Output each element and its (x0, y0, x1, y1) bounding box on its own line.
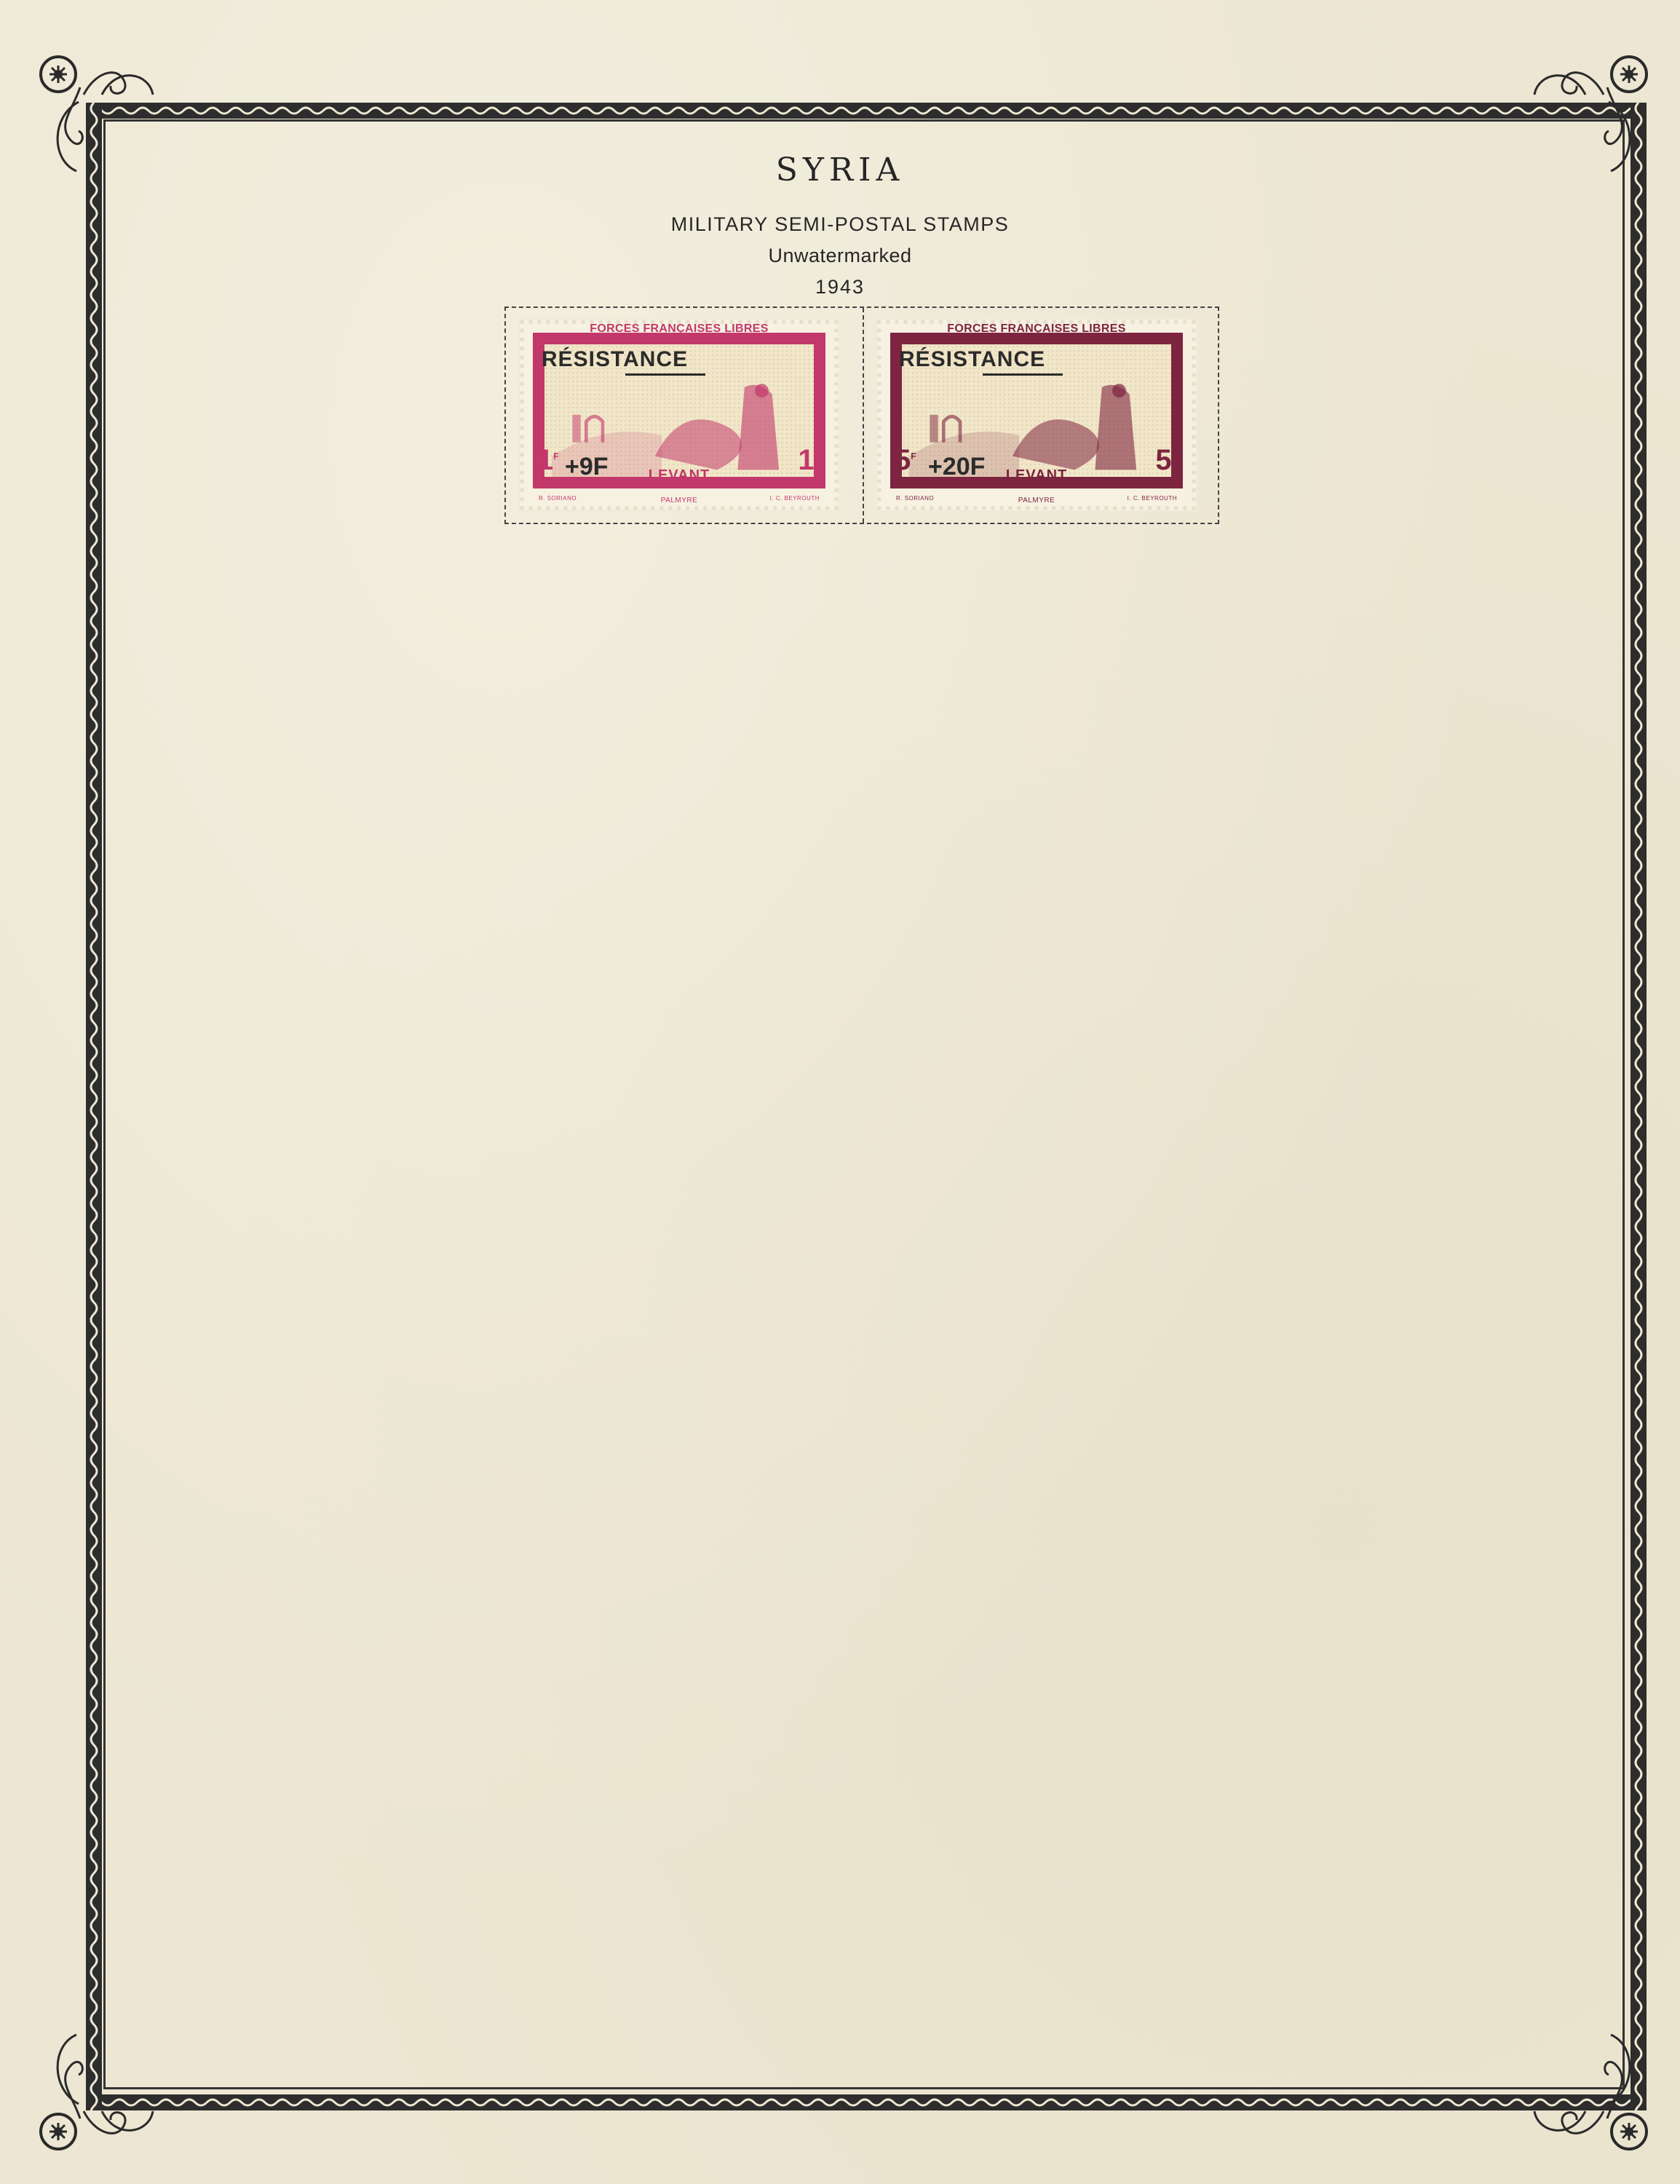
border-band-top (90, 103, 1636, 119)
stamp-header-text: FORCES FRANÇAISES LIBRES (877, 323, 1196, 336)
watermark-note: Unwatermarked (0, 245, 1680, 267)
corner-ornament-icon (1520, 2024, 1658, 2162)
stamp-2[interactable]: FORCES FRANÇAISES LIBRES RÉSISTANCE 5F +… (877, 320, 1196, 510)
value-unit: F (553, 451, 558, 462)
section-title: MILITARY SEMI-POSTAL STAMPS (0, 213, 1680, 236)
value-unit: F (1172, 451, 1177, 462)
issue-year: 1943 (0, 276, 1680, 298)
border-band-right (1631, 103, 1647, 2110)
overprint-underline (625, 373, 705, 376)
printer-imprint: I. C. BEYROUTH (1128, 495, 1177, 502)
stamp-1[interactable]: FORCES FRANÇAISES LIBRES RÉSISTANCE 1F +… (520, 320, 839, 510)
border-band-left (86, 103, 102, 2110)
country-title: SYRIA (0, 151, 1680, 189)
overprint-text: RÉSISTANCE (899, 347, 1045, 372)
overprint-underline (983, 373, 1063, 376)
country-name: LEVANT (520, 467, 839, 484)
stamp-header-text: FORCES FRANÇAISES LIBRES (520, 323, 839, 336)
border-band-bottom (90, 2094, 1636, 2110)
printer-imprint: I. C. BEYROUTH (770, 495, 820, 502)
value-unit: F (911, 451, 916, 462)
country-name: LEVANT (877, 467, 1196, 484)
corner-ornament-icon (29, 2024, 167, 2162)
stamp-mount: FORCES FRANÇAISES LIBRES RÉSISTANCE 1F +… (504, 306, 1219, 524)
page-header: SYRIA MILITARY SEMI-POSTAL STAMPS Unwate… (0, 146, 1680, 298)
mount-divider (863, 308, 864, 523)
overprint-text: RÉSISTANCE (542, 347, 688, 372)
value-unit: F (815, 451, 820, 462)
